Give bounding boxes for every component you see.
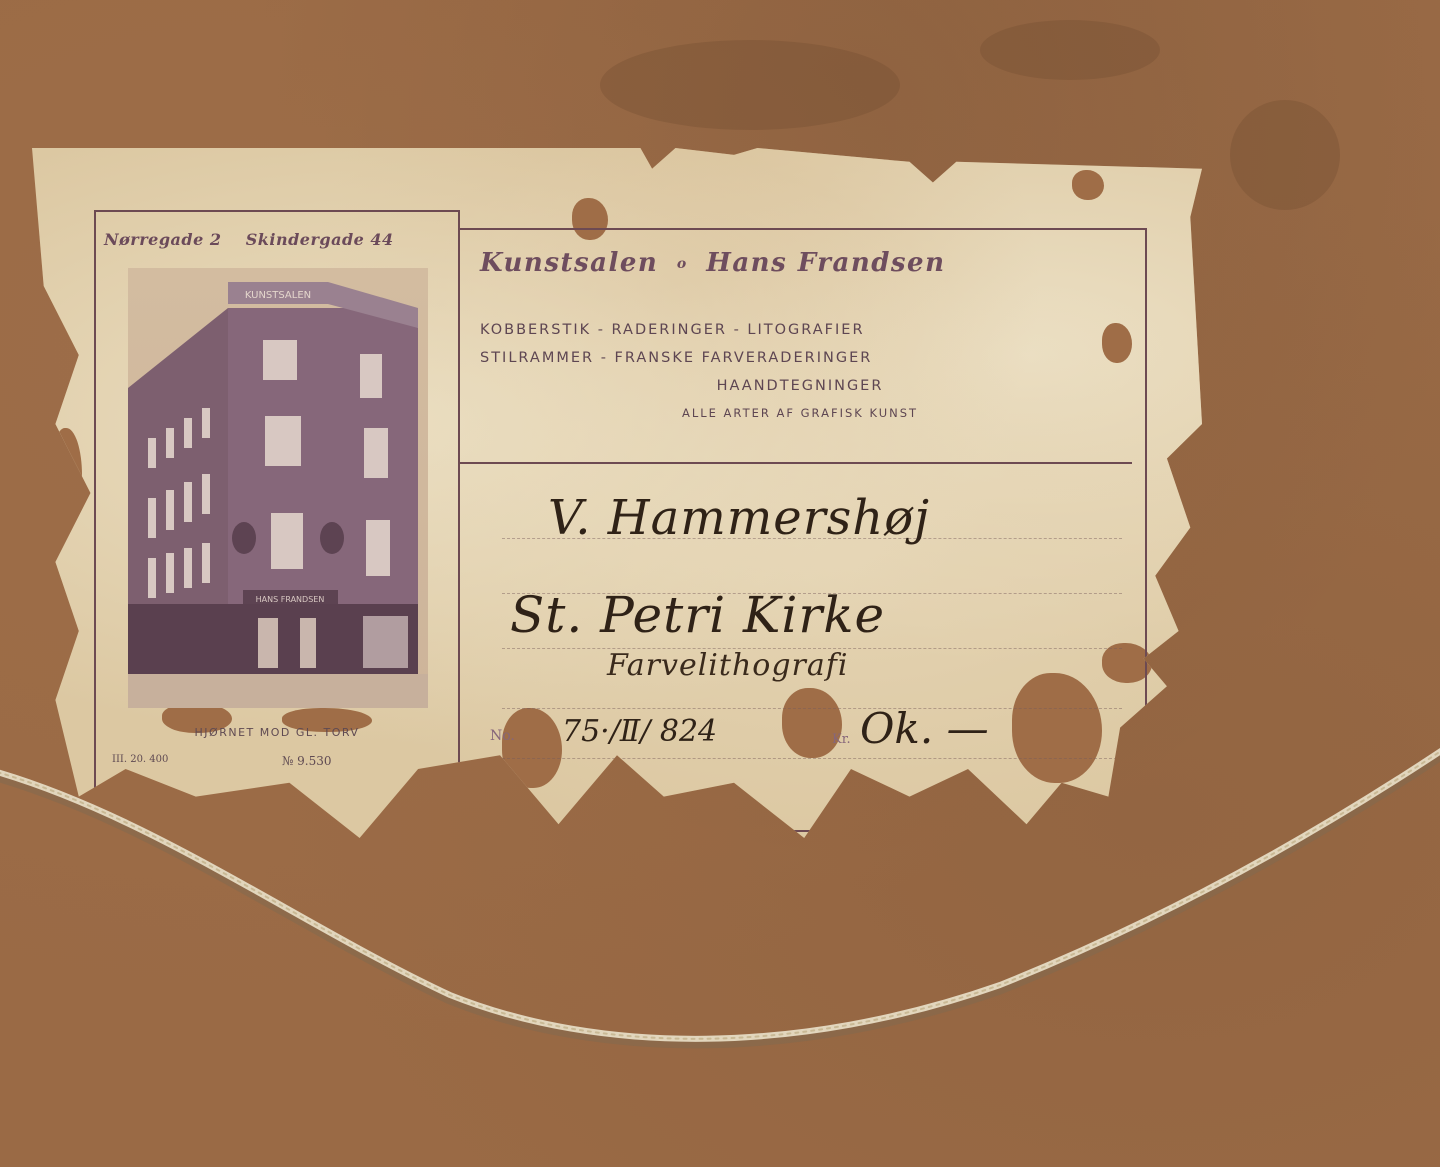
hanging-string [0,0,1440,1167]
